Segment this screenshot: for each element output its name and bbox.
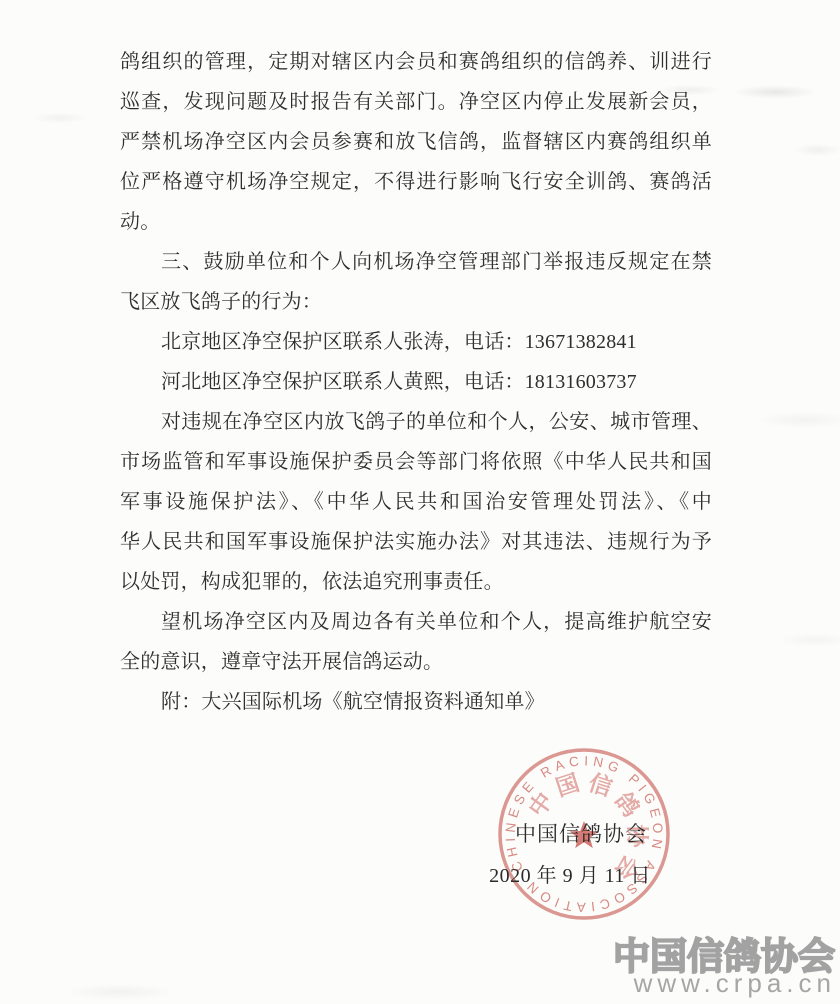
signature-date: 2020 年 9 月 11 日 — [489, 859, 651, 888]
watermark-website-url: www.crpa.cn — [634, 968, 836, 999]
doc-line: 巡查，发现问题及时报告有关部门。净空区内停止发展新会员， — [120, 82, 712, 122]
doc-line: 全的意识，遵章守法开展信鸽运动。 — [120, 642, 712, 682]
doc-line: 市场监管和军事设施保护委员会等部门将依照《中华人民共和国 — [120, 442, 712, 482]
doc-line-section-three: 三、鼓励单位和个人向机场净空管理部门举报违反规定在禁 — [120, 242, 712, 282]
doc-line: 军事设施保护法》、《中华人民共和国治安管理处罚法》、《中 — [120, 482, 712, 522]
doc-line: 华人民共和国军事设施保护法实施办法》对其违法、违规行为予 — [120, 522, 712, 562]
doc-line: 以处罚，构成犯罪的，依法追究刑事责任。 — [120, 562, 712, 602]
stamp-char: 国 — [553, 770, 583, 801]
doc-line-attachment: 附：大兴国际机场《航空情报资料通知单》 — [120, 682, 712, 722]
doc-line: 望机场净空区内及周边各有关单位和个人，提高维护航空安 — [120, 602, 712, 642]
doc-line: 严禁机场净空区内会员参赛和放飞信鸽，监督辖区内赛鸽组织单 — [120, 122, 712, 162]
doc-line: 位严格遵守机场净空规定，不得进行影响飞行安全训鸽、赛鸽活 — [120, 162, 712, 202]
doc-line-beijing-contact: 北京地区净空保护区联系人张涛，电话：13671382841 — [120, 322, 712, 362]
doc-line: 飞区放飞鸽子的行为： — [120, 282, 712, 322]
document-body: 鸽组织的管理，定期对辖区内会员和赛鸽组织的信鸽养、训进行 巡查，发现问题及时报告… — [120, 42, 712, 722]
doc-line-hebei-contact: 河北地区净空保护区联系人黄熙，电话：18131603737 — [120, 362, 712, 402]
scanned-document-page: 鸽组织的管理，定期对辖区内会员和赛鸽组织的信鸽养、训进行 巡查，发现问题及时报告… — [0, 0, 840, 1004]
stamp-char: 信 — [586, 769, 616, 801]
doc-line: 鸽组织的管理，定期对辖区内会员和赛鸽组织的信鸽养、训进行 — [120, 42, 712, 82]
doc-line: 动。 — [120, 202, 712, 242]
signature-organization: 中国信鸽协会 — [515, 818, 647, 848]
doc-line: 对违规在净空区内放飞鸽子的单位和个人，公安、城市管理、 — [120, 402, 712, 442]
